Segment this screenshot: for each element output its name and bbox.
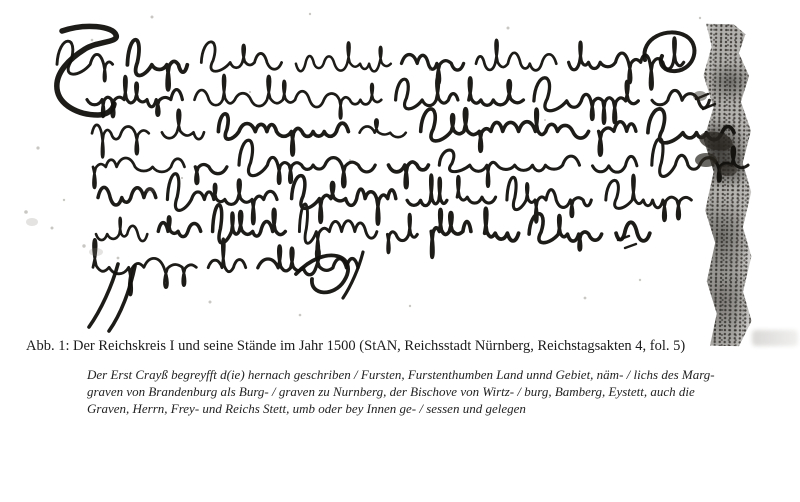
handwritten-word — [534, 78, 638, 124]
manuscript-scan-image — [0, 0, 800, 346]
handwritten-word — [96, 218, 147, 241]
handwritten-word — [407, 175, 447, 206]
handwritten-word — [402, 55, 464, 84]
handwritten-word — [93, 239, 196, 295]
handwritten-word — [92, 125, 149, 157]
figure-caption-title: Der Reichskreis I und seine Stände im Ja… — [73, 338, 685, 355]
line7-g-loop — [296, 255, 348, 292]
handwritten-word — [299, 204, 377, 256]
handwritten-word — [529, 214, 602, 250]
handwritten-word — [599, 122, 636, 156]
transcription-line: graven von Brandenburg als Burg- / grave… — [87, 384, 715, 401]
handwritten-word — [201, 42, 281, 71]
handwritten-word — [296, 42, 391, 71]
transcription-line: Graven, Herrn, Frey- und Reichs Stett, u… — [87, 401, 715, 418]
figure-number-label: Abb. 1: — [26, 338, 70, 355]
figure-transcription: Der Erst Crayß begreyfft d(ie) hernach g… — [87, 367, 715, 417]
line6-hyphen-marks — [618, 236, 636, 248]
handwritten-word — [158, 217, 200, 237]
handwritten-word — [469, 78, 524, 106]
handwritten-word — [360, 119, 406, 137]
handwritten-word — [195, 164, 227, 183]
handwritten-word — [218, 114, 348, 155]
scanned-book-page: Abb. 1: Der Reichskreis I und seine Stän… — [0, 0, 800, 502]
handwritten-word — [208, 239, 246, 272]
handwritten-word — [162, 110, 204, 139]
handwritten-word — [396, 78, 458, 109]
handwriting-strokes — [57, 38, 748, 295]
handwritten-word — [388, 214, 418, 252]
handwritten-word — [389, 162, 429, 188]
transcription-line: Der Erst Crayß begreyfft d(ie) hernach g… — [87, 367, 715, 384]
handwritten-word — [213, 205, 286, 243]
handwritten-word — [431, 209, 471, 257]
handwriting-flourishes — [57, 26, 715, 331]
handwritten-word — [485, 208, 519, 241]
handwritten-word — [421, 109, 589, 152]
handwritten-word — [507, 177, 591, 222]
handwritten-word — [195, 75, 382, 119]
handwritten-word — [239, 140, 375, 187]
handwritten-word — [476, 40, 556, 70]
handwritten-word — [606, 175, 691, 221]
handwritten-word — [593, 156, 637, 172]
long-s-descender-1 — [89, 264, 118, 327]
